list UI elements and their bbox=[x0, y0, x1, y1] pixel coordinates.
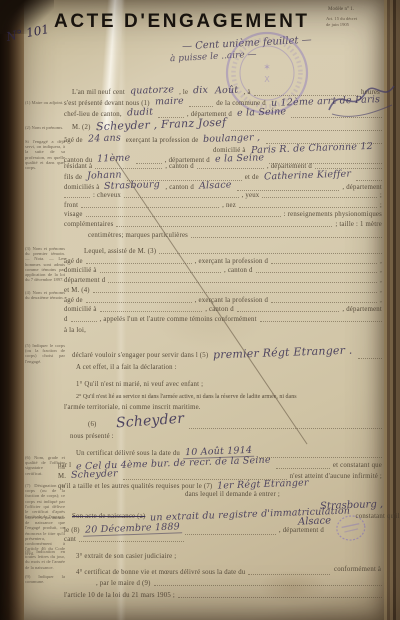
blank-line bbox=[256, 272, 377, 273]
printed-label: , canton d bbox=[224, 267, 253, 274]
handwritten-entry: e la Seine bbox=[235, 106, 289, 119]
decree-note-line2: de juin 1905 bbox=[326, 22, 386, 28]
blank-line bbox=[95, 168, 162, 169]
form-line: déclaré vouloir s'engager pour servir da… bbox=[72, 347, 382, 360]
printed-label: âgé de bbox=[64, 137, 83, 144]
blank-line bbox=[237, 311, 340, 312]
printed-label: , bbox=[380, 277, 382, 284]
blank-line bbox=[100, 311, 203, 312]
printed-label: , exerçant la profession d bbox=[195, 297, 268, 304]
form-line: centimètres; marques particulières bbox=[88, 232, 382, 239]
blank-line bbox=[86, 263, 192, 264]
printed-label: exerçant la profession de bbox=[126, 137, 199, 144]
handwritten-entry: Août bbox=[213, 85, 241, 97]
printed-label: fils de bbox=[64, 174, 82, 181]
blank-line bbox=[189, 106, 214, 107]
printed-label: , département d bbox=[267, 163, 312, 170]
printed-label: s'est présenté devant nous (1) bbox=[64, 100, 150, 107]
printed-label: cant bbox=[64, 536, 76, 543]
printed-label: , département bbox=[342, 184, 382, 191]
margin-note: (5) Indiquer le corps (ou la fraction de… bbox=[25, 343, 65, 364]
margin-note: (4) Nom et prénoms du deuxième témoin. bbox=[25, 290, 65, 300]
printed-label: (6) bbox=[88, 421, 97, 428]
form-line: , par le maire d (9) bbox=[96, 580, 382, 587]
printed-label: visage bbox=[64, 211, 83, 218]
printed-label: à la loi, bbox=[64, 327, 86, 334]
printed-label: , bbox=[380, 258, 382, 265]
printed-label: , à bbox=[244, 89, 251, 96]
blank-line bbox=[116, 226, 332, 227]
form-line: 3° extrait de son casier judiciaire ; bbox=[76, 553, 382, 560]
printed-label: , bbox=[380, 287, 382, 294]
printed-label: , bbox=[380, 267, 382, 274]
printed-label: département d bbox=[64, 277, 105, 284]
blank-line bbox=[154, 585, 382, 586]
handwritten-entry: 1er Régt Etranger bbox=[215, 477, 311, 491]
printed-label: ; bbox=[380, 192, 382, 199]
blank-line bbox=[124, 197, 239, 198]
form-line: domiciliés à Strasbourg , canton d Alsac… bbox=[64, 181, 382, 192]
printed-label: par l bbox=[58, 462, 71, 469]
printed-label: chef-lieu de canton, bbox=[64, 111, 122, 118]
form-line: d , appelés l'un et l'autre comme témoin… bbox=[64, 316, 382, 323]
printed-label: le (8) bbox=[64, 527, 80, 534]
form-line: domicilié à , canton d , département bbox=[64, 306, 382, 313]
margin-note: (3) Nom et prénoms du premier témoin. — … bbox=[25, 246, 65, 282]
printed-label: et de bbox=[245, 174, 259, 181]
blank-line bbox=[262, 197, 377, 198]
blank-line bbox=[81, 207, 219, 208]
printed-label: , nez bbox=[222, 202, 236, 209]
blank-line bbox=[358, 358, 382, 359]
blank-line bbox=[276, 468, 330, 469]
printed-label: déclaré vouloir s'engager pour servir da… bbox=[72, 352, 208, 359]
printed-label: , exerçant la profession d bbox=[195, 258, 268, 265]
form-line: âgé de , exerçant la profession d , bbox=[64, 258, 382, 265]
form-line: qu'il a taille et les autres qualités re… bbox=[58, 480, 382, 491]
blank-line bbox=[93, 292, 377, 293]
handwritten-entry: maire bbox=[153, 95, 186, 107]
blank-line bbox=[239, 207, 377, 208]
printed-label: , par le maire d (9) bbox=[96, 580, 151, 587]
blank-line bbox=[86, 302, 192, 303]
handwritten-entry: 20 Décembre 1889 bbox=[83, 521, 182, 536]
margin-note: (1) Maire ou adjoint. bbox=[25, 100, 65, 105]
form-line: s'est présenté devant nous (1) maire de … bbox=[64, 97, 382, 108]
printed-label: complémentaires bbox=[64, 221, 113, 228]
form-line: 4° certificat de bonne vie et mœurs déli… bbox=[76, 569, 330, 576]
printed-label: conformément à bbox=[334, 566, 381, 573]
blank-line bbox=[100, 272, 221, 273]
form-line: Lequel, assisté de M. (3) bbox=[84, 248, 382, 255]
form-line: nous présenté : bbox=[70, 433, 382, 440]
printed-label: M. bbox=[58, 473, 66, 480]
printed-label: Un certificat délivré sous la date du bbox=[76, 450, 180, 457]
form-line: cant bbox=[64, 536, 184, 543]
model-note: Modèle n° 1. bbox=[328, 7, 354, 12]
form-line: Son acte de naissance (a) un extrait du … bbox=[72, 510, 382, 521]
printed-label: M. (2) bbox=[72, 124, 91, 131]
form-line: l'armée territoriale, ni comme inscrit m… bbox=[64, 404, 382, 411]
printed-label: , département d bbox=[279, 527, 324, 534]
blank-line bbox=[271, 263, 377, 264]
book-binding bbox=[0, 0, 24, 620]
form-line: département d , bbox=[64, 277, 382, 284]
form-line: M. (2) Scheyder , Franz Josef bbox=[72, 119, 382, 132]
printed-label: , canton d bbox=[205, 306, 234, 313]
blank-line bbox=[257, 457, 382, 458]
handwritten-entry: Scheyder , Franz Josef bbox=[93, 116, 228, 134]
blank-line bbox=[189, 428, 382, 429]
margin-note: (2) Nom et prénoms. bbox=[25, 125, 65, 130]
printed-label: ; taille : 1 mètre bbox=[335, 221, 382, 228]
handwritten-entry: Strasbourg bbox=[102, 179, 162, 192]
printed-label: dans lequel il demande à entrer ; bbox=[185, 491, 280, 498]
blank-line bbox=[248, 574, 330, 575]
blank-line bbox=[64, 197, 90, 198]
printed-label: front bbox=[64, 202, 78, 209]
blank-line bbox=[271, 302, 377, 303]
printed-label: , appelés l'un et l'autre comme témoins … bbox=[100, 316, 257, 323]
printed-label: résidant à bbox=[64, 163, 92, 170]
form-line: à la loi, bbox=[64, 327, 382, 334]
printed-label: 1° Qu'il n'est ni marié, ni veuf avec en… bbox=[76, 381, 203, 388]
document-photo: ACTE D'ENGAGEMENT N° 101 Modèle n° 1. Ar… bbox=[0, 0, 400, 620]
decree-note: Art. 15 du décret de juin 1905 bbox=[326, 16, 386, 28]
printed-label: l'article 10 de la loi du 21 mars 1905 ; bbox=[64, 592, 175, 599]
printed-label: 4° certificat de bonne vie et mœurs déli… bbox=[76, 569, 245, 576]
form-line: l'article 10 de la loi du 21 mars 1905 ; bbox=[64, 592, 382, 599]
printed-label: et M. (4) bbox=[64, 287, 90, 294]
margin-note: (8) Indication en toutes lettres du jour… bbox=[25, 549, 65, 570]
handwritten-birthplace: Strasbourg , bbox=[318, 499, 385, 512]
printed-label: nous présenté : bbox=[70, 433, 114, 440]
form-line: A cet effet, il a fait la déclaration : bbox=[76, 364, 382, 371]
svg-text:X: X bbox=[264, 75, 270, 84]
form-line: front , nez ; bbox=[64, 202, 382, 209]
form-line: : cheveux , yeux ; bbox=[64, 192, 382, 199]
printed-label: âgé de bbox=[64, 258, 83, 265]
printed-label: : cheveux bbox=[93, 192, 121, 199]
blank-line bbox=[291, 117, 382, 118]
printed-label: et constatant que bbox=[333, 462, 382, 469]
printed-label: L'an mil neuf cent bbox=[72, 89, 125, 96]
printed-label: d bbox=[64, 316, 68, 323]
printed-label-struck: Son acte de naissance (a) bbox=[72, 513, 145, 520]
printed-label: : renseignements physionomiques bbox=[284, 211, 382, 218]
form-line: visage : renseignements physionomiques bbox=[64, 211, 382, 218]
enlistee-signature: Scheyder bbox=[113, 411, 186, 432]
printed-label: , bbox=[380, 297, 382, 304]
printed-label: Lequel, assisté de M. (3) bbox=[84, 248, 156, 255]
blank-line bbox=[159, 253, 382, 254]
form-line: 1° Qu'il n'est ni marié, ni veuf avec en… bbox=[76, 381, 382, 388]
blank-line bbox=[108, 282, 377, 283]
blank-line bbox=[231, 130, 382, 131]
form-line: complémentaires ; taille : 1 mètre bbox=[64, 221, 382, 228]
printed-label: , canton d bbox=[165, 163, 194, 170]
handwritten-entry: 24 ans bbox=[86, 132, 123, 144]
handwritten-entry: dudit bbox=[125, 106, 156, 118]
form-line: et M. (4) , bbox=[64, 287, 382, 294]
printed-label: domiciliés à bbox=[64, 184, 99, 191]
handwritten-entry: quatorze bbox=[128, 84, 177, 97]
printed-label: , canton d bbox=[165, 184, 194, 191]
printed-label: , yeux bbox=[242, 192, 260, 199]
printed-label: 3° extrait de son casier judiciaire ; bbox=[76, 553, 176, 560]
handwritten-entry: Alsace bbox=[197, 179, 234, 191]
form-line: âgé de , exerçant la profession d , bbox=[64, 297, 382, 304]
printed-label: centimètres; marques particulières bbox=[88, 232, 188, 239]
form-line: dans lequel il demande à entrer ; bbox=[185, 491, 382, 498]
blank-line bbox=[86, 216, 281, 217]
handwritten-entry: Scheyder bbox=[69, 468, 120, 481]
blank-line bbox=[178, 597, 382, 598]
blank-line bbox=[237, 190, 340, 191]
margin-note: (9) Indiquer la commune. bbox=[25, 574, 65, 584]
blank-line bbox=[197, 168, 264, 169]
margin-note: Si l'engagé a déjà servi, on indiquera, … bbox=[25, 139, 65, 170]
blank-line bbox=[185, 534, 276, 535]
form-line: domicilié à , canton d , bbox=[64, 267, 382, 274]
printed-label: de la commune d bbox=[216, 100, 266, 107]
printed-label: domicilié à bbox=[64, 306, 97, 313]
form-line: conformément à bbox=[334, 566, 384, 573]
blank-line bbox=[260, 321, 382, 322]
printed-label: , département bbox=[342, 306, 382, 313]
printed-label: A cet effet, il a fait la déclaration : bbox=[76, 364, 177, 371]
handwritten-entry: dix bbox=[191, 85, 210, 97]
printed-label: domicilié à bbox=[64, 267, 97, 274]
printed-label: âgé de bbox=[64, 297, 83, 304]
printed-label: constatant qu'il est né bbox=[356, 513, 400, 520]
form-line: le (8) 20 Décembre 1889 , département d bbox=[64, 524, 324, 536]
blank-line bbox=[71, 321, 97, 322]
handwritten-entry: premier Régt Etranger . bbox=[211, 343, 355, 361]
blank-line bbox=[191, 237, 382, 238]
printed-label: qu'il a taille et les autres qualités re… bbox=[58, 483, 212, 490]
printed-label: 2° Qu'il n'est lié au service ni dans l'… bbox=[76, 394, 297, 400]
svg-text:✶: ✶ bbox=[263, 63, 271, 73]
printed-label: ; bbox=[380, 202, 382, 209]
blank-line bbox=[79, 541, 184, 542]
form-line: 2° Qu'il n'est lié au service ni dans l'… bbox=[76, 394, 382, 400]
form-line: (6) Scheyder bbox=[88, 414, 382, 430]
